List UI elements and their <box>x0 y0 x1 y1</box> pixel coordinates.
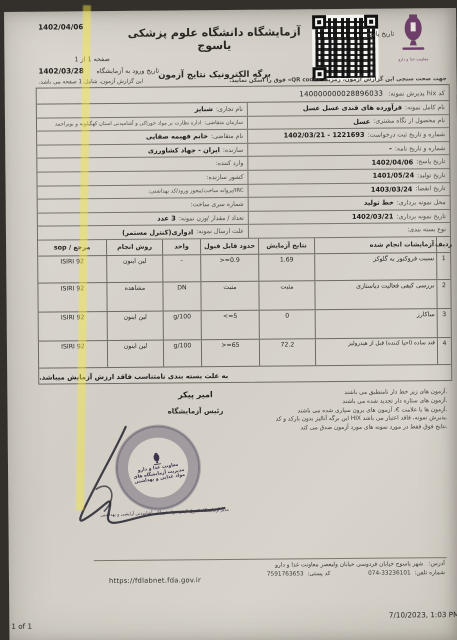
field-label: شماره سری ساخت: <box>190 201 243 208</box>
field-value: خانم فهیمه صفایی <box>146 133 208 142</box>
field-label: نام تجاری: <box>216 106 243 113</box>
qr-caption: جهت صحت سنجی این گزارش آزمون، رمزینه «QR… <box>229 76 446 84</box>
cell-result: 0 <box>259 310 315 338</box>
col-header-result: نتایج آزمایش <box>258 238 314 253</box>
health-ministry-lamp-icon <box>398 14 428 52</box>
col-header-test: آزمایشات انجام شده <box>314 237 436 253</box>
signatory-role: رئیس آزمایشگاه <box>155 407 235 416</box>
address-label: آدرس: <box>429 561 445 567</box>
phone-label: شماره تلفن: <box>414 570 445 576</box>
field-value: 1402/03/21 - 1221693 <box>284 131 365 140</box>
col-header-row: ردیف <box>436 237 450 252</box>
cell-test-name: ساکارز <box>315 309 437 338</box>
field-value: 1401/05/24 <box>373 172 415 180</box>
ministry-emblem: معاونت غذا و دارو <box>390 14 436 61</box>
entry-date-label: تاریخ ورود به آزمایشگاه <box>97 67 160 76</box>
field-label: نوع بسته بندی: <box>407 226 446 233</box>
entry-date-value: 1402/03/28 <box>38 66 83 75</box>
field-value: اداره نظارت بر مواد خوراکی و آشامیدنی اس… <box>55 120 201 127</box>
signatory-block: امیر پیکر رئیس آزمایشگاه <box>155 390 235 416</box>
cell-reference: ISIRI 92 <box>38 283 106 312</box>
scanned-lab-report-photo: { "header": { "title": "آزمایشگاه دانشگا… <box>0 0 457 640</box>
field-label: نام متقاضی: <box>211 133 243 140</box>
field-value: شنایز <box>195 105 213 113</box>
cell-method: مشاهده <box>106 283 162 311</box>
cell-limit: <=5 <box>201 311 259 340</box>
field-label: IRC/پروانه ساخت/مجوز ورود/کد بهداشتی: <box>148 188 243 195</box>
field-value: عسل <box>353 118 370 126</box>
field-label: تعداد / مقدار /وزن نمونه: <box>179 214 244 222</box>
report-paper: معاونت غذا و دارو آزمایشگاه دانشگاه علوم… <box>4 8 457 640</box>
cell-limit: >=0.9 <box>200 255 258 282</box>
cell-reference: ISIRI 92 <box>39 341 107 368</box>
cell-unit: - <box>162 255 200 281</box>
cell-test-name: قند ساده (احیا کننده) قبل از هیدرولیز <box>315 338 437 365</box>
table-row: 1 نسبت فروکتوز به گلوکز 1.69 >=0.9 - لین… <box>38 253 450 284</box>
field-label: شماره و تاریخ ثبت درخواست: <box>368 131 446 139</box>
field-value: 1402/03/21 <box>352 213 394 221</box>
print-timestamp: 7/10/2023, 1:03 PM <box>389 610 457 620</box>
results-table: ردیف آزمایشات انجام شده نتایج آزمایش حدو… <box>38 237 451 406</box>
postal-value: 7591763653 <box>267 571 304 577</box>
field-label: تاریخ نمونه برداری: <box>396 213 445 220</box>
field-label: کشور سازنده: <box>206 174 243 181</box>
fda-labnet-link[interactable]: https://fdlabnet.fda.gov.ir <box>109 576 201 585</box>
field-value: فرآورده های قندی عسل عسل <box>303 104 402 113</box>
page-title: آزمایشگاه دانشگاه علوم پزشکی یاسوج <box>124 25 304 53</box>
signatory-name: امیر پیکر <box>155 390 235 400</box>
cell-limit: مثبت <box>200 282 258 311</box>
table-row: 3 ساکارز 0 <=5 g/100 لین اینون ISIRI 92 <box>39 309 451 342</box>
cell-unit: g/100 <box>163 340 201 366</box>
field-label: تاریخ انقضا: <box>415 185 445 192</box>
address-value: شهر یاسوج خیابان فردوسی خیابان ولیعصر مع… <box>275 561 423 568</box>
field-value: ادواری(کنترل مستمر) <box>122 228 193 237</box>
field-label: سازمان متقاضی: <box>204 120 243 126</box>
cell-method: لین اینون <box>107 341 163 367</box>
col-header-method: روش انجام <box>106 240 162 255</box>
field-value: خط تولید <box>364 199 394 207</box>
field-label: نام محصول از نگاه مشتری: <box>373 117 445 125</box>
report-form: کد hix پذیرش نمونه: 140000000028896033 ن… <box>36 84 453 385</box>
col-header-unit: واحد <box>162 239 200 254</box>
acceptance-code-label: کد hix پذیرش نمونه: <box>388 89 445 97</box>
field-value: 1403/03/24 <box>371 185 413 193</box>
cell-unit: DN <box>162 282 200 310</box>
cell-method: لین اینون <box>107 312 163 340</box>
field-label: سازنده: <box>223 146 243 153</box>
cell-result: 72.2 <box>259 339 315 365</box>
emblem-caption: معاونت غذا و دارو <box>390 56 436 61</box>
table-row: 4 قند ساده (احیا کننده) قبل از هیدرولیز … <box>39 338 451 369</box>
cell-result: مثبت <box>258 281 314 309</box>
field-label: محل نمونه برداری: <box>397 199 446 206</box>
cell-row-number: 3 <box>437 309 451 337</box>
response-date-label: تاریخ پاسخ <box>366 30 394 38</box>
print-page-indicator: 1 of 1 <box>11 622 32 631</box>
cell-limit: >=65 <box>201 340 259 367</box>
postal-label: کد پستی: <box>307 571 330 577</box>
col-header-limits: حدود قابل قبول <box>200 239 258 255</box>
field-label: تاریخ تولید: <box>417 172 445 179</box>
cell-row-number: 2 <box>436 280 450 308</box>
field-label: تاریخ پاسخ: <box>416 158 445 165</box>
field-value: 3 عدد <box>157 215 176 223</box>
response-date-value: 1402/04/06 <box>38 22 83 31</box>
cell-result: 1.69 <box>258 254 314 280</box>
cell-method: لین اینون <box>106 256 162 282</box>
field-value: 1402/04/06 <box>372 158 414 166</box>
field-label: نام کامل نمونه: <box>405 104 445 111</box>
cell-row-number: 4 <box>437 338 451 364</box>
field-label: شماره و تاریخ نامه: <box>395 145 445 152</box>
cell-row-number: 1 <box>436 253 450 279</box>
response-date-row: تاریخ پاسخ <box>284 21 394 41</box>
cell-test-name: نسبت فروکتوز به گلوکز <box>314 253 436 280</box>
cell-reference: ISIRI 92 <box>38 256 106 283</box>
field-value: - <box>389 145 392 153</box>
page-count: صفحه 1 از 1 <box>74 55 109 63</box>
field-value: ایران - جهاد کشاورزی <box>148 146 220 155</box>
handwritten-signature <box>56 418 237 540</box>
cell-test-name: بررسی کیفی فعالیت دیاستازی <box>314 280 436 309</box>
field-label: وارد کننده: <box>216 160 244 167</box>
acceptance-code-value: 140000000028896033 <box>299 89 383 98</box>
cell-reference: ISIRI 92 <box>39 312 107 341</box>
cell-unit: g/100 <box>163 311 201 339</box>
col-header-reference: مرجع / sop <box>38 240 106 256</box>
table-row: 2 بررسی کیفی فعالیت دیاستازی مثبت مثبت D… <box>38 280 450 313</box>
field-label: علت ارسال نمونه: <box>196 228 244 235</box>
pages-note: این گزارش آزمون، شامل 1 صفحه می باشد. <box>39 79 143 86</box>
phone-value: 074-33236101 <box>368 570 411 576</box>
